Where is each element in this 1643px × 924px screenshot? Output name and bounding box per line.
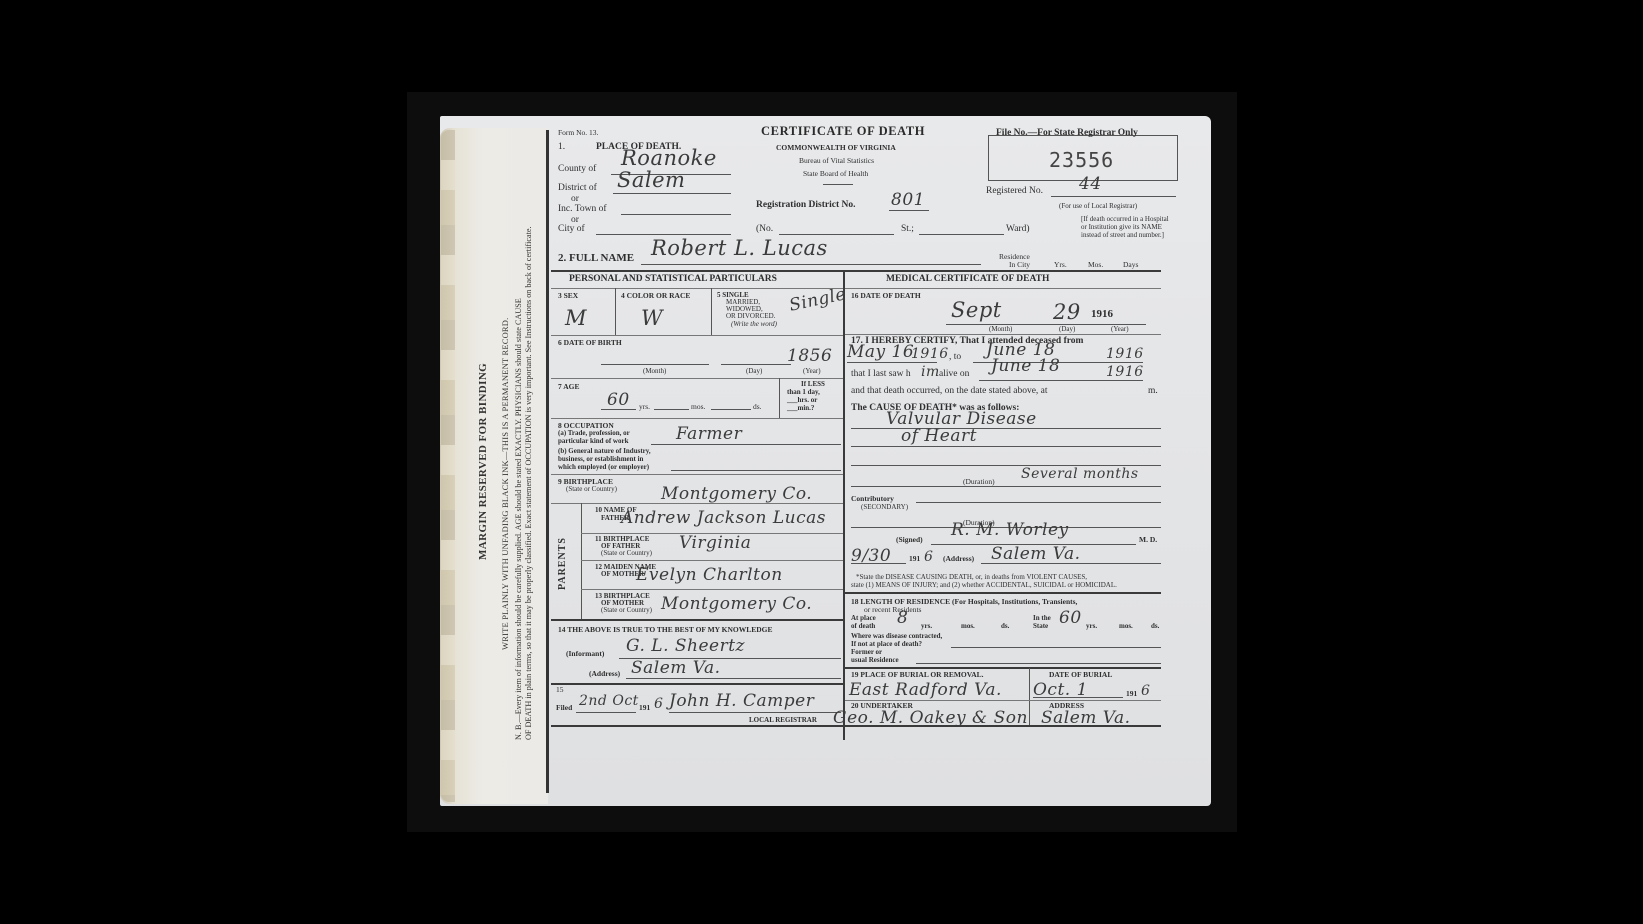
in-state-ds-label: ds. bbox=[1151, 622, 1159, 630]
certificate-form: Form No. 13. CERTIFICATE OF DEATH COMMON… bbox=[551, 128, 1191, 788]
column-divider bbox=[843, 272, 845, 740]
certificate-title: CERTIFICATE OF DEATH bbox=[761, 124, 925, 139]
residence-rule bbox=[845, 592, 1161, 594]
registration-district-value: 801 bbox=[891, 190, 925, 210]
informant-rule bbox=[551, 619, 843, 621]
bureau-label: Bureau of Vital Statistics bbox=[799, 156, 874, 165]
street-no-label: (No. bbox=[756, 224, 773, 234]
at-place-yrs-label: yrs. bbox=[921, 622, 932, 630]
at-place-mos-label: mos. bbox=[961, 622, 975, 630]
age-ds-line bbox=[711, 409, 751, 410]
medical-heading-rule bbox=[845, 288, 1161, 289]
row-rule-5 bbox=[551, 503, 843, 504]
birthplace-value: Montgomery Co. bbox=[661, 484, 812, 504]
race-marital-divider bbox=[711, 288, 712, 336]
mother-birthplace: Montgomery Co. bbox=[661, 594, 812, 614]
contracted-line bbox=[951, 647, 1161, 648]
district-line bbox=[613, 193, 731, 194]
less-day-divider bbox=[779, 378, 780, 418]
registered-no-line bbox=[1051, 196, 1176, 197]
commonwealth-label: COMMONWEALTH OF VIRGINIA bbox=[776, 143, 896, 152]
last-saw-line bbox=[979, 380, 1143, 381]
registered-no: 44 bbox=[1079, 174, 1102, 194]
ward-label: Ward) bbox=[1006, 224, 1030, 234]
less-than-day-1: If LESS bbox=[801, 380, 825, 388]
instructions-note-1: N. B.—Every item of information should b… bbox=[514, 298, 523, 740]
contracted-label-1: Where was disease contracted, bbox=[851, 632, 942, 640]
less-than-day-2: than 1 day, bbox=[787, 388, 820, 396]
race-label: 4 COLOR OR RACE bbox=[621, 291, 690, 300]
at-place-label-2: of death bbox=[851, 622, 875, 630]
occupation-a-label-2: particular kind of work bbox=[558, 437, 628, 445]
last-saw-year: 1916 bbox=[1106, 364, 1144, 380]
residence-heading-2: or recent Residents bbox=[864, 605, 921, 614]
informant-value: G. L. Sheertz bbox=[626, 636, 745, 656]
to-label: , to bbox=[949, 352, 961, 362]
occupation-a-label-1: (a) Trade, profession, or bbox=[558, 429, 630, 437]
in-city-label: In City bbox=[1009, 260, 1030, 269]
death-day: 29 bbox=[1053, 300, 1081, 324]
death-month: Sept bbox=[951, 298, 1002, 322]
undertaker-address: Salem Va. bbox=[1041, 708, 1131, 728]
full-name-label: 2. FULL NAME bbox=[558, 252, 634, 264]
parents-divider bbox=[581, 503, 582, 619]
dob-day-line bbox=[721, 364, 791, 365]
street-no-line bbox=[779, 234, 894, 235]
dob-month-line bbox=[601, 364, 709, 365]
former-label-1: Former or bbox=[851, 648, 882, 656]
former-line bbox=[916, 663, 1161, 664]
signed-year-prefix: 191 bbox=[909, 554, 920, 563]
informant-address-line bbox=[626, 678, 841, 679]
burial-divider bbox=[1029, 668, 1030, 725]
occupation-b-line bbox=[671, 470, 841, 471]
section-1-label: 1. bbox=[558, 142, 565, 152]
instructions-note-2: OF DEATH in plain terms, so that it may … bbox=[524, 226, 533, 740]
signed-address: Salem Va. bbox=[991, 544, 1081, 564]
or-label-1: or bbox=[571, 194, 579, 204]
burial-date-label: DATE OF BURIAL bbox=[1049, 670, 1112, 679]
dob-year: 1856 bbox=[787, 346, 832, 366]
age-ds-label: ds. bbox=[753, 402, 762, 411]
death-year: 1916 bbox=[1091, 308, 1113, 320]
burial-date-line bbox=[1033, 697, 1123, 698]
occupation-b-label-2: business, or establishment in bbox=[558, 455, 643, 463]
row-rule-1 bbox=[551, 335, 843, 336]
signed-date-line bbox=[851, 563, 906, 564]
informant-address-label: (Address) bbox=[589, 669, 620, 678]
in-state-mos-label: mos. bbox=[1119, 622, 1133, 630]
occurred-label: and that death occurred, on the date sta… bbox=[851, 386, 1048, 396]
binding-rule bbox=[546, 130, 549, 793]
burial-rule bbox=[845, 667, 1161, 669]
write-plainly-note: WRITE PLAINLY WITH UNFADING BLACK INK—TH… bbox=[500, 318, 510, 650]
marital-hint: (Write the word) bbox=[731, 320, 777, 328]
hospital-note: [If death occurred in a Hospital or Inst… bbox=[1081, 215, 1176, 239]
city-line bbox=[596, 234, 731, 235]
medical-heading: MEDICAL CERTIFICATE OF DEATH bbox=[886, 274, 1049, 284]
county-label: County of bbox=[558, 164, 596, 174]
registrar-label: LOCAL REGISTRAR bbox=[749, 716, 817, 724]
attended-from-line bbox=[847, 362, 937, 363]
registration-district-label: Registration District No. bbox=[756, 200, 855, 210]
dob-year-label: (Year) bbox=[803, 367, 821, 375]
city-label: City of bbox=[558, 224, 585, 234]
signed-address-label: (Address) bbox=[943, 554, 974, 563]
occurred-m-label: m. bbox=[1148, 386, 1158, 396]
mother-name: Evelyn Charlton bbox=[636, 565, 783, 585]
row-rule-8 bbox=[581, 589, 843, 590]
filed-date-line bbox=[576, 712, 636, 713]
registrar-signature: John H. Camper bbox=[669, 691, 814, 711]
death-year-label: (Year) bbox=[1111, 325, 1129, 333]
informant-address: Salem Va. bbox=[631, 658, 721, 678]
informant-label: (Informant) bbox=[566, 649, 604, 658]
title-divider bbox=[823, 184, 853, 185]
row-rule-7 bbox=[581, 560, 843, 561]
contributory-line bbox=[916, 502, 1161, 503]
file-number: 23556 bbox=[1049, 148, 1114, 172]
dob-label: 6 DATE OF BIRTH bbox=[558, 338, 622, 347]
last-saw-pronoun: im bbox=[921, 364, 940, 380]
attended-from-year: 1916 bbox=[911, 346, 949, 362]
residence-yrs-label: Yrs. bbox=[1054, 260, 1067, 269]
burial-place-label: 19 PLACE OF BURIAL OR REMOVAL. bbox=[851, 670, 984, 679]
contributory-label: Contributory bbox=[851, 494, 894, 503]
residence-days-label: Days bbox=[1123, 260, 1138, 269]
father-name: Andrew Jackson Lucas bbox=[621, 508, 826, 528]
age-yrs-label: yrs. bbox=[639, 402, 650, 411]
duration-value: Several months bbox=[1021, 466, 1139, 482]
cause-footnote-2: state (1) MEANS OF INJURY; and (2) wheth… bbox=[851, 581, 1117, 589]
filed-year-suffix: 6 bbox=[654, 696, 663, 712]
death-day-label: (Day) bbox=[1059, 325, 1075, 333]
district-label: District of bbox=[558, 183, 597, 193]
sex-value: M bbox=[565, 306, 587, 330]
ward-line bbox=[919, 234, 1004, 235]
alive-on-label: alive on bbox=[939, 369, 969, 379]
age-label: 7 AGE bbox=[558, 382, 579, 391]
less-than-day-3: ___hrs. or bbox=[787, 396, 817, 404]
last-saw-date: June 18 bbox=[991, 356, 1060, 376]
personal-heading: PERSONAL AND STATISTICAL PARTICULARS bbox=[569, 274, 777, 284]
file-number-label: File No.—For State Registrar Only bbox=[996, 128, 1138, 138]
sex-race-divider bbox=[615, 288, 616, 336]
filed-year-prefix: 191 bbox=[639, 703, 650, 712]
registered-no-label: Registered No. bbox=[986, 186, 1043, 196]
row-rule-3 bbox=[551, 418, 843, 419]
duration-label: (Duration) bbox=[963, 477, 995, 486]
age-mos-line bbox=[654, 409, 689, 410]
contracted-label-2: If not at place of death? bbox=[851, 640, 922, 648]
birthplace-hint: (State or Country) bbox=[566, 485, 617, 493]
full-name-value: Robert L. Lucas bbox=[651, 236, 828, 260]
row-rule-2 bbox=[551, 378, 843, 379]
board-label: State Board of Health bbox=[803, 169, 868, 178]
filed-rule bbox=[551, 683, 843, 685]
burial-year-suffix: 6 bbox=[1141, 683, 1150, 699]
signed-year-suffix: 6 bbox=[924, 549, 933, 565]
residence-mos-label: Mos. bbox=[1088, 260, 1103, 269]
md-label: M. D. bbox=[1139, 535, 1157, 544]
father-birthplace: Virginia bbox=[679, 533, 751, 553]
parents-label: PARENTS bbox=[557, 537, 568, 590]
signed-label: (Signed) bbox=[896, 535, 923, 544]
occupation-a-line bbox=[651, 444, 841, 445]
occupation-b-label-3: which employed (or employer) bbox=[558, 463, 649, 471]
dob-day-label: (Day) bbox=[746, 367, 762, 375]
cause-line-2 bbox=[851, 446, 1161, 447]
race-value: W bbox=[641, 306, 663, 330]
undertaker: Geo. M. Oakey & Son bbox=[833, 708, 1028, 728]
in-state-years: 60 bbox=[1059, 608, 1082, 628]
filed-date: 2nd Oct bbox=[579, 693, 639, 709]
torn-binding-edge bbox=[441, 130, 455, 802]
in-state-label-2: State bbox=[1033, 622, 1048, 630]
former-label-2: usual Residence bbox=[851, 656, 899, 664]
personal-heading-rule bbox=[551, 288, 843, 289]
date-of-death-label: 16 DATE OF DEATH bbox=[851, 291, 921, 300]
attended-from: May 16 bbox=[847, 342, 914, 362]
informant-statement: 14 THE ABOVE IS TRUE TO THE BEST OF MY K… bbox=[558, 625, 773, 634]
age-years: 60 bbox=[607, 390, 630, 410]
margin-binding-label: MARGIN RESERVED FOR BINDING bbox=[477, 363, 489, 560]
cause-line-2-value: of Heart bbox=[901, 426, 977, 446]
occupation-value: Farmer bbox=[676, 424, 742, 444]
district-value: Salem bbox=[617, 168, 685, 192]
burial-year-prefix: 191 bbox=[1126, 689, 1137, 698]
filed-section: 15 bbox=[556, 685, 564, 694]
mother-birthplace-label-3: (State or Country) bbox=[601, 606, 652, 614]
in-state-label-1: In the bbox=[1033, 614, 1051, 622]
street-label: St.; bbox=[901, 224, 914, 234]
local-registrar-note: (For use of Local Registrar) bbox=[1059, 202, 1137, 210]
at-place-years: 8 bbox=[897, 608, 908, 628]
registrar-line bbox=[669, 712, 841, 713]
filed-label: Filed bbox=[556, 703, 572, 712]
age-mos-label: mos. bbox=[691, 402, 705, 411]
at-place-label-1: At place bbox=[851, 614, 876, 622]
duration-line bbox=[851, 486, 1161, 487]
section-divider-top bbox=[551, 270, 1161, 272]
in-state-yrs-label: yrs. bbox=[1086, 622, 1097, 630]
secondary-label: (SECONDARY) bbox=[861, 503, 908, 511]
less-than-day-4: ___min.? bbox=[787, 404, 814, 412]
form-number: Form No. 13. bbox=[558, 128, 598, 137]
registration-district-line bbox=[889, 210, 929, 211]
death-month-label: (Month) bbox=[989, 325, 1012, 333]
marital-label-4: OR DIVORCED. bbox=[726, 312, 775, 320]
row-rule-4 bbox=[551, 474, 843, 475]
attended-to-year: 1916 bbox=[1106, 346, 1144, 362]
town-label: Inc. Town of bbox=[558, 204, 607, 214]
county-value: Roanoke bbox=[621, 146, 717, 170]
town-line bbox=[621, 214, 731, 215]
occupation-b-label-1: (b) General nature of Industry, bbox=[558, 447, 651, 455]
last-saw-label: that I last saw h bbox=[851, 369, 911, 379]
signed-value: R. M. Worley bbox=[951, 520, 1069, 540]
cause-footnote-1: *State the DISEASE CAUSING DEATH, or, in… bbox=[856, 573, 1087, 581]
burial-place: East Radford Va. bbox=[849, 680, 1002, 700]
medical-rule-1 bbox=[845, 334, 1161, 335]
sex-label: 3 SEX bbox=[558, 291, 578, 300]
full-name-line bbox=[641, 264, 981, 265]
dob-month-label: (Month) bbox=[643, 367, 666, 375]
at-place-ds-label: ds. bbox=[1001, 622, 1009, 630]
father-birthplace-label-3: (State or Country) bbox=[601, 549, 652, 557]
